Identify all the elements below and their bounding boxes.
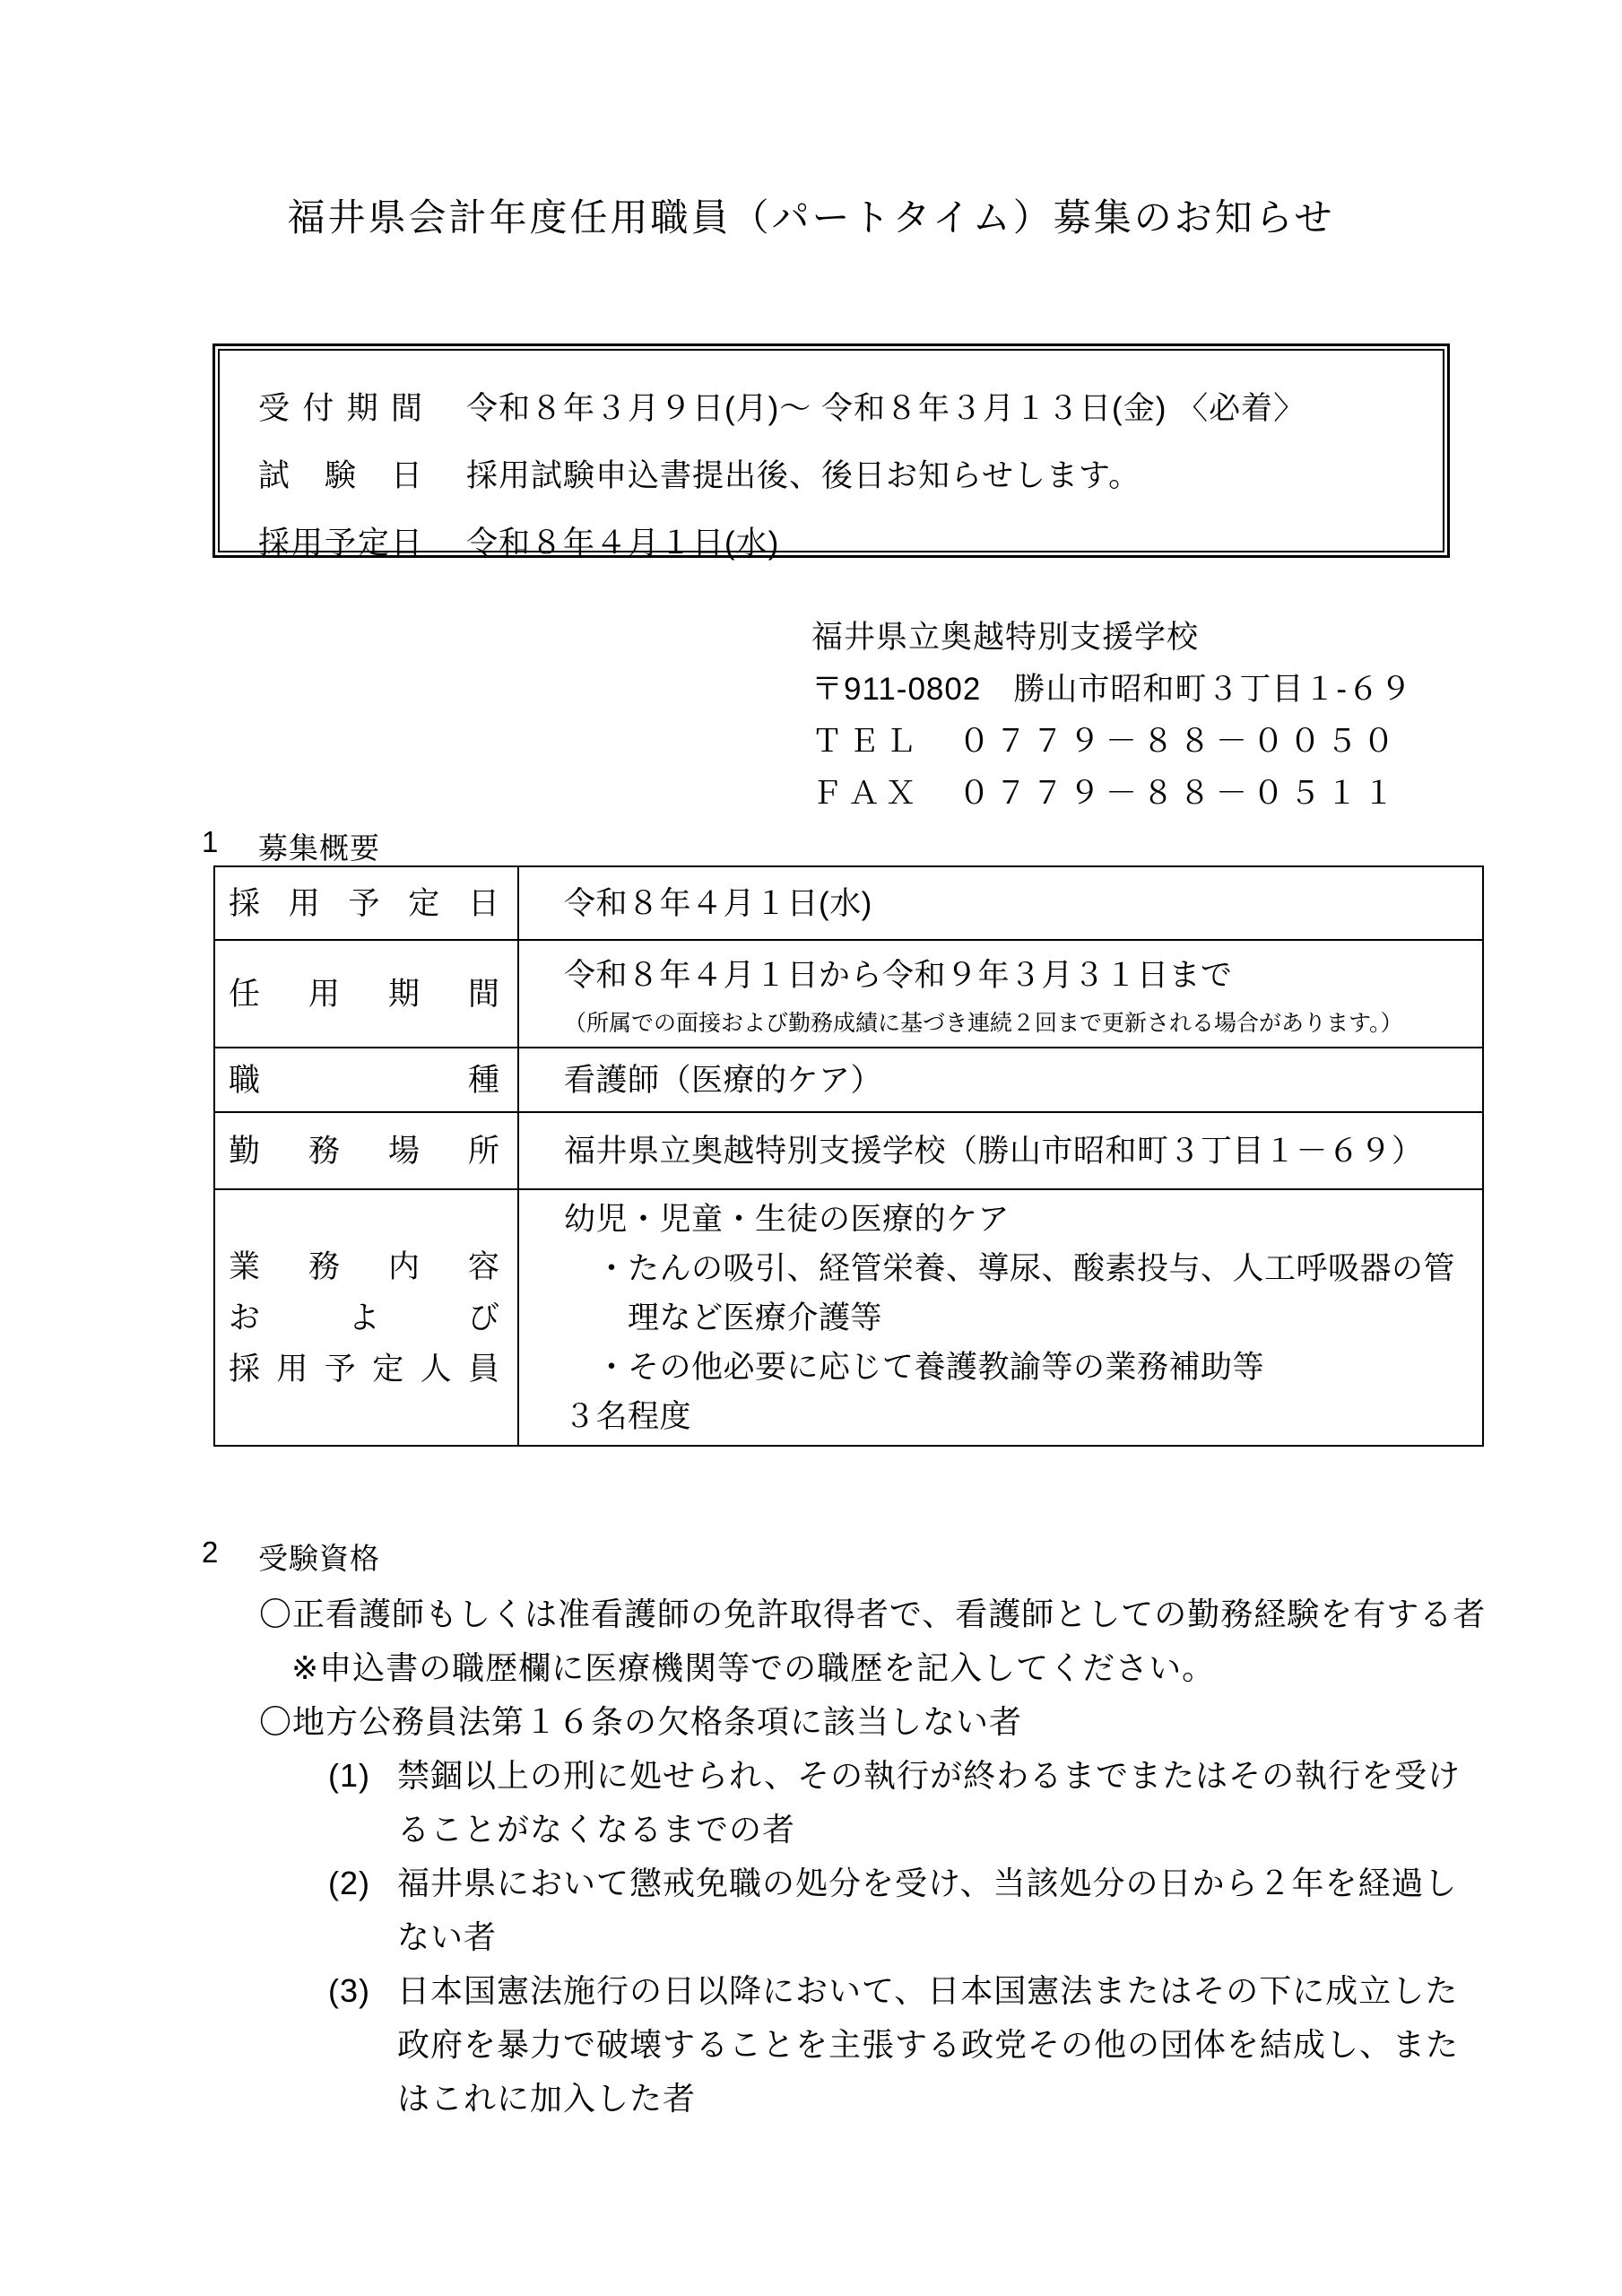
table-row-duties-and-headcount: 業務内容 および 採用予定人員 幼児・児童・生徒の医療的ケア ・たんの吸引、経管… (215, 1188, 1482, 1445)
page-title: 福井県会計年度任用職員（パートタイム）募集のお知らせ (0, 188, 1622, 242)
contact-tel: ＴＥＬ ０７７９－８８－００５０ (811, 716, 1412, 768)
row-value-note: （所属での面接および勤務成績に基づき連続２回まで更新される場合があります。） (564, 1005, 1482, 1038)
row-label: 任用期間 (229, 969, 499, 1020)
row-value-cell: 令和８年４月１日から令和９年３月３１日まで （所属での面接および勤務成績に基づき… (519, 941, 1482, 1047)
section1-title: 募集概要 (258, 825, 380, 867)
disqualification-item-3: (3) 日本国憲法施行の日以降において、日本国憲法またはその下に成立した (328, 1970, 1486, 2023)
row-value: 看護師（医療的ケア） (564, 1056, 1482, 1105)
item-text: 福井県において懲戒免職の処分を受け、当該処分の日から２年を経過し (397, 1862, 1458, 1916)
disqualification-item-2-cont: ない者 (397, 1916, 1486, 1970)
item-text: 正看護師もしくは准看護師の免許取得者で、看護師としての勤務経験を有する者 (292, 1596, 1486, 1632)
section2-number: 2 (202, 1535, 258, 1578)
row-value-cell: 看護師（医療的ケア） (519, 1048, 1482, 1111)
disqualification-item-1-cont: ることがなくなるまでの者 (397, 1808, 1486, 1862)
eligibility-item-license: 〇正看護師もしくは准看護師の免許取得者で、看護師としての勤務経験を有する者 (259, 1593, 1486, 1647)
section1-number: 1 (202, 825, 258, 867)
section2-title: 受験資格 (258, 1535, 380, 1578)
summary-box-inner: 受付期間 令和８年３月９日(月)～ 令和８年３月１３日(金) 〈必着〉 試験日 … (218, 349, 1444, 552)
row-label-cell: 任用期間 (215, 941, 519, 1047)
disqualification-item-2: (2) 福井県において懲戒免職の処分を受け、当該処分の日から２年を経過し (328, 1862, 1486, 1916)
table-row-work-location: 勤務場所 福井県立奥越特別支援学校（勝山市昭和町３丁目１－６９） (215, 1111, 1482, 1188)
disqualification-item-1: (1) 禁錮以上の刑に処せられ、その執行が終わるまでまたはその執行を受け (328, 1754, 1486, 1808)
eligibility-item-law: 〇地方公務員法第１６条の欠格条項に該当しない者 (259, 1700, 1486, 1754)
row-value-line: ・その他必要に応じて養護教諭等の業務補助等 (564, 1343, 1482, 1392)
document-page: 福井県会計年度任用職員（パートタイム）募集のお知らせ 受付期間 令和８年３月９日… (0, 0, 1622, 2296)
row-label-line: および (229, 1292, 499, 1344)
row-label-line: 採用予定人員 (229, 1344, 499, 1395)
table-row-job-type: 職種 看護師（医療的ケア） (215, 1047, 1482, 1111)
summary-row-exam-date: 試験日 採用試験申込書提出後、後日お知らせします。 (258, 439, 1443, 507)
row-label-cell: 採用予定日 (215, 867, 519, 939)
row-value-cell: 福井県立奥越特別支援学校（勝山市昭和町３丁目１－６９） (519, 1113, 1482, 1188)
item-text: 禁錮以上の刑に処せられ、その執行が終わるまでまたはその執行を受け (397, 1754, 1461, 1808)
summary-value: 令和８年３月９日(月)～ 令和８年３月１３日(金) 〈必着〉 (466, 384, 1305, 429)
row-label: 職種 (229, 1055, 499, 1106)
row-label-cell: 職種 (215, 1048, 519, 1111)
section1-heading: 1 募集概要 (202, 825, 380, 867)
item-marker: ※ (291, 1649, 319, 1686)
table-row-hire-date: 採用予定日 令和８年４月１日(水) (215, 867, 1482, 939)
row-value-cell: 幼児・児童・生徒の医療的ケア ・たんの吸引、経管栄養、導尿、酸素投与、人工呼吸器… (519, 1190, 1482, 1445)
contact-postal-address: 〒911-0802 勝山市昭和町３丁目１-６９ (811, 664, 1412, 716)
eligibility-item-note: ※申込書の職歴欄に医療機関等での職歴を記入してください。 (291, 1647, 1486, 1700)
section2-body: 〇正看護師もしくは准看護師の免許取得者で、看護師としての勤務経験を有する者 ※申… (202, 1593, 1486, 2131)
row-label: 勤務場所 (229, 1126, 499, 1177)
row-value: 令和８年４月１日(水) (564, 879, 1482, 928)
item-number: (2) (328, 1862, 397, 1916)
item-marker: 〇 (259, 1596, 292, 1632)
summary-row-reception-period: 受付期間 令和８年３月９日(月)～ 令和８年３月１３日(金) 〈必着〉 (258, 372, 1443, 439)
summary-value: 採用試験申込書提出後、後日お知らせします。 (466, 451, 1141, 496)
contact-block: 福井県立奥越特別支援学校 〒911-0802 勝山市昭和町３丁目１-６９ ＴＥＬ… (811, 612, 1412, 820)
row-label-cell: 勤務場所 (215, 1113, 519, 1188)
item-marker: 〇 (259, 1703, 292, 1740)
item-number: (1) (328, 1754, 397, 1808)
row-label-cell: 業務内容 および 採用予定人員 (215, 1190, 519, 1445)
item-text: 地方公務員法第１６条の欠格条項に該当しない者 (292, 1703, 1022, 1740)
disqualification-item-3-cont: はこれに加入した者 (397, 2077, 1486, 2131)
summary-label: 試験日 (258, 451, 422, 496)
row-value-line: 幼児・児童・生徒の医療的ケア (564, 1195, 1482, 1244)
row-value: 令和８年４月１日から令和９年３月３１日まで (564, 951, 1482, 1000)
contact-fax: ＦＡＸ ０７７９－８８－０５１１ (811, 768, 1412, 820)
summary-value: 令和８年４月１日(水) (466, 518, 779, 563)
contact-organization: 福井県立奥越特別支援学校 (811, 612, 1412, 664)
item-number: (3) (328, 1970, 397, 2023)
disqualification-item-3-cont: 政府を暴力で破壊することを主張する政党その他の団体を結成し、また (397, 2023, 1486, 2077)
row-label: 採用予定日 (229, 878, 499, 929)
row-value-line: ・たんの吸引、経管栄養、導尿、酸素投与、人工呼吸器の管 (564, 1244, 1482, 1293)
row-value-line: ３名程度 (564, 1392, 1482, 1441)
summary-row-hire-date: 採用予定日 令和８年４月１日(水) (258, 507, 1443, 574)
section2-heading: 2 受験資格 (202, 1535, 380, 1578)
summary-box: 受付期間 令和８年３月９日(月)～ 令和８年３月１３日(金) 〈必着〉 試験日 … (213, 344, 1450, 558)
row-value-line: 理など医療介護等 (564, 1293, 1482, 1343)
item-text: 申込書の職歴欄に医療機関等での職歴を記入してください。 (319, 1649, 1215, 1686)
table-row-appointment-period: 任用期間 令和８年４月１日から令和９年３月３１日まで （所属での面接および勤務成… (215, 939, 1482, 1047)
row-label-line: 業務内容 (229, 1241, 499, 1292)
summary-label: 受付期間 (258, 384, 422, 429)
summary-label: 採用予定日 (258, 518, 422, 563)
row-value-cell: 令和８年４月１日(水) (519, 867, 1482, 939)
row-value: 福井県立奥越特別支援学校（勝山市昭和町３丁目１－６９） (564, 1126, 1482, 1176)
overview-table: 採用予定日 令和８年４月１日(水) 任用期間 令和８年４月１日から令和９年３月３… (213, 865, 1484, 1447)
item-text: 日本国憲法施行の日以降において、日本国憲法またはその下に成立した (397, 1970, 1458, 2023)
